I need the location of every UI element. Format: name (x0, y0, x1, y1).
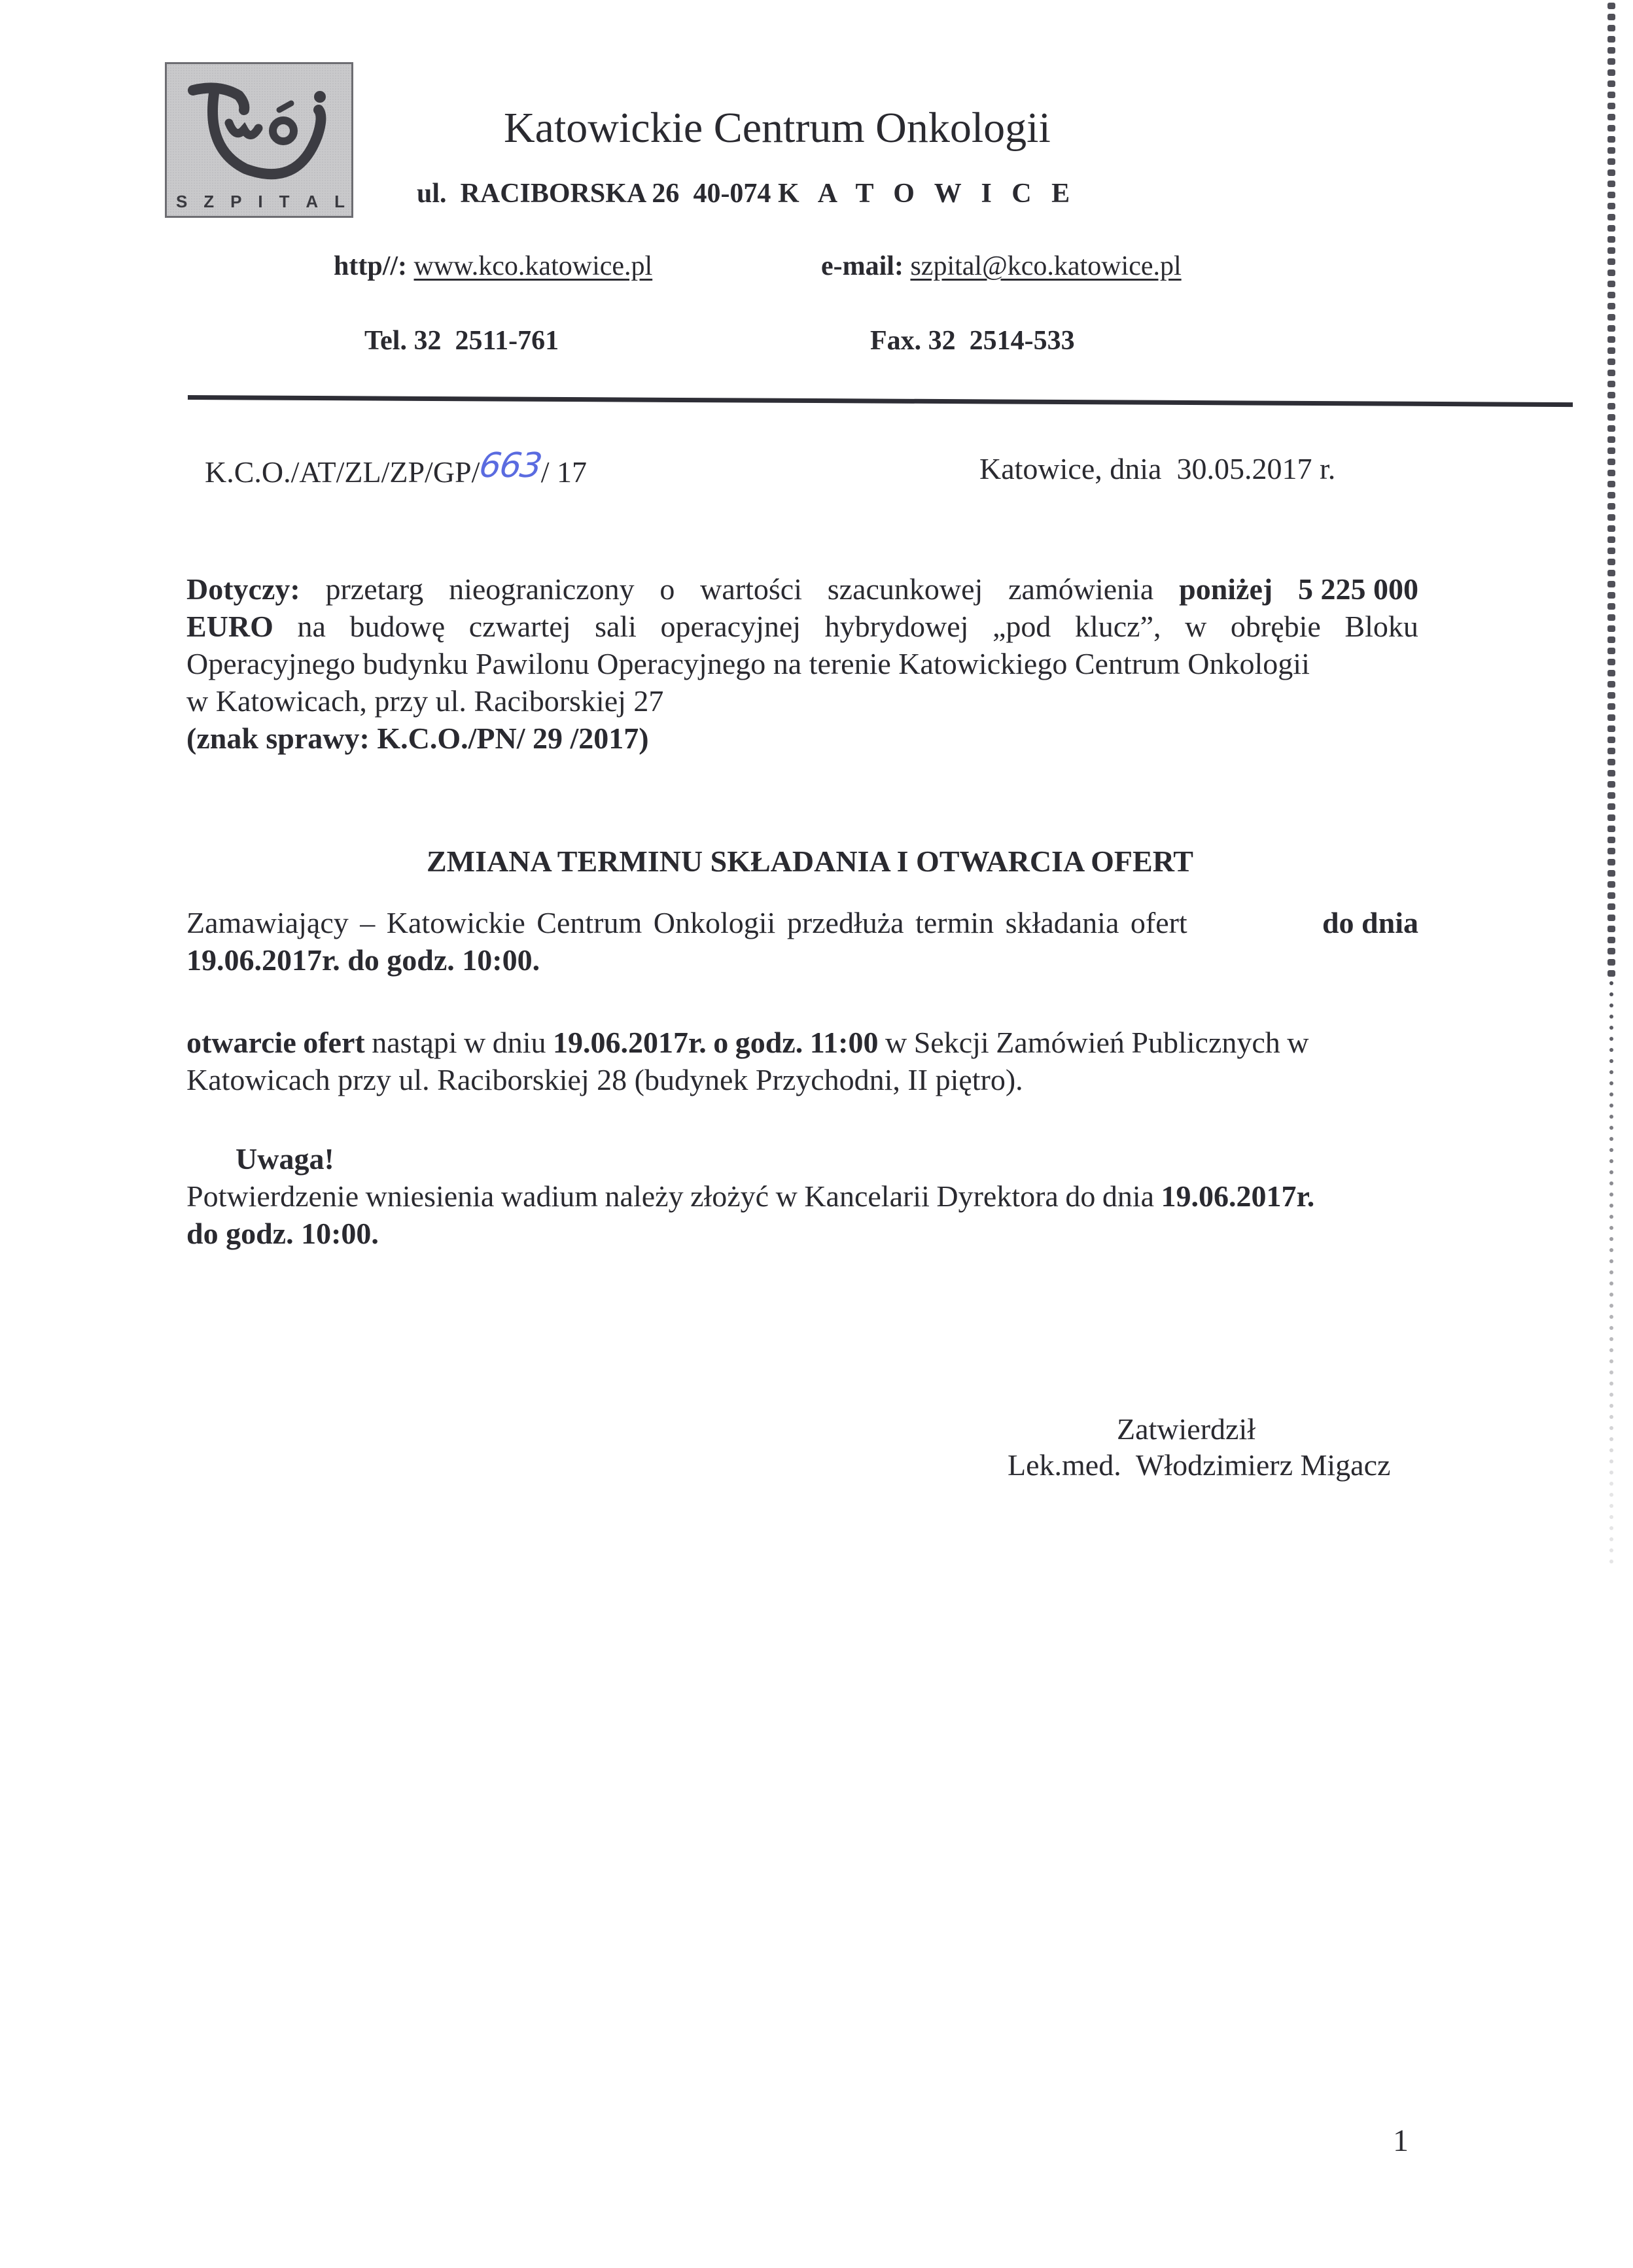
opening-datetime: 19.06.2017r. o godz. 11:00 (553, 1026, 878, 1059)
scanner-edge-artifact (1607, 0, 1616, 1570)
signatory-name: Lek.med. Włodzimierz Migacz (1008, 1448, 1390, 1482)
address-city: K A T O W I C E (778, 179, 1076, 209)
subject-word: sali (595, 608, 637, 645)
institution-name: Katowickie Centrum Onkologii (504, 103, 1051, 153)
subject-word: budowę (349, 608, 445, 645)
email-label: e-mail: (821, 251, 904, 281)
subject-paragraph: Dotyczy:przetargnieograniczonyowartościs… (186, 570, 1418, 757)
opening-label: otwarcie ofert (186, 1026, 365, 1059)
page-number: 1 (1393, 2123, 1409, 2159)
subject-word: czwartej (469, 608, 571, 645)
website-line: http//: www.kco.katowice.pl (334, 251, 652, 282)
subject-word: Bloku (1344, 608, 1418, 645)
reference-number: K.C.O./AT/ZL/ZP/GP/663/ 17 (205, 451, 587, 491)
subject-word: EURO (186, 608, 273, 645)
hospital-logo: S Z P I T A L (165, 62, 353, 218)
subject-word: nieograniczony (449, 570, 635, 608)
notice-text: Potwierdzenie wniesienia wadium należy z… (186, 1179, 1161, 1213)
subject-line-1: Dotyczy:przetargnieograniczonyowartościs… (186, 570, 1418, 608)
extension-deadline: 19.06.2017r. do godz. 10:00. (186, 941, 1418, 979)
subject-word: „pod (992, 608, 1051, 645)
extension-text: Zamawiający – Katowickie Centrum Onkolog… (186, 904, 1187, 941)
notice-title: Uwaga! (236, 1142, 334, 1176)
subject-word: w (1185, 608, 1206, 645)
notice-date: 19.06.2017r. (1161, 1179, 1315, 1213)
subject-word: o (659, 570, 675, 608)
email-line: e-mail: szpital@kco.katowice.pl (821, 251, 1182, 282)
subject-word: poniżej (1179, 570, 1273, 608)
opening-text-2: w Sekcji Zamówień Publicznych w (879, 1026, 1309, 1059)
subject-line-2: EUROnabudowęczwartejsalioperacyjnejhybry… (186, 608, 1418, 645)
extension-paragraph: Zamawiający – Katowickie Centrum Onkolog… (186, 904, 1418, 979)
notice-deadline: do godz. 10:00. (186, 1215, 1418, 1252)
address-postal: 40-074 (693, 179, 771, 209)
subject-label: Dotyczy: (186, 570, 300, 608)
website-link[interactable]: www.kco.katowice.pl (414, 251, 653, 281)
email-link[interactable]: szpital@kco.katowice.pl (910, 251, 1181, 281)
approved-label: Zatwierdził (1117, 1412, 1255, 1446)
subject-word: wartości (700, 570, 802, 608)
subject-word: zamówienia (1008, 570, 1153, 608)
date-line: Katowice, dnia 30.05.2017 r. (979, 451, 1335, 486)
case-number: (znak sprawy: K.C.O./PN/ 29 /2017) (186, 720, 1418, 757)
reference-suffix: / 17 (541, 455, 587, 489)
subject-word: klucz”, (1075, 608, 1161, 645)
opening-text-1: nastąpi w dniu (365, 1026, 553, 1059)
reference-prefix: K.C.O./AT/ZL/ZP/GP/ (205, 455, 480, 489)
subject-word: hybrydowej (825, 608, 969, 645)
logo-wordmark: S Z P I T A L (176, 192, 345, 212)
notice-line-1: Potwierdzenie wniesienia wadium należy z… (186, 1178, 1418, 1215)
subject-word: szacunkowej (828, 570, 983, 608)
website-label: http//: (334, 251, 407, 281)
address-prefix: ul. (417, 179, 447, 209)
fax: Fax. 32 2514-533 (870, 325, 1075, 357)
subject-word: na (297, 608, 325, 645)
subject-line-4: w Katowicach, przy ul. Raciborskiej 27 (186, 682, 1418, 720)
subject-word: operacyjnej (661, 608, 801, 645)
notice-paragraph: Potwierdzenie wniesienia wadium należy z… (186, 1178, 1418, 1252)
extension-line-1: Zamawiający – Katowickie Centrum Onkolog… (186, 904, 1418, 941)
opening-paragraph: otwarcie ofert nastąpi w dniu 19.06.2017… (186, 1024, 1418, 1098)
opening-line-2: Katowicach przy ul. Raciborskiej 28 (bud… (186, 1061, 1418, 1098)
subject-word: obrębie (1231, 608, 1321, 645)
subject-word: 5 225 000 (1298, 570, 1418, 608)
handwritten-number: 663 (477, 446, 544, 485)
extension-bold-date-prefix: do dnia (1322, 904, 1418, 941)
twoj-smiley-logo-icon (167, 64, 351, 195)
notice-heading: ZMIANA TERMINU SKŁADANIA I OTWARCIA OFER… (0, 844, 1633, 879)
address-line: ul. RACIBORSKA 26 40-074 K A T O W I C E (417, 178, 1076, 209)
letterhead-divider (188, 395, 1573, 407)
opening-line-1: otwarcie ofert nastąpi w dniu 19.06.2017… (186, 1024, 1418, 1061)
subject-line-3: Operacyjnego budynku Pawilonu Operacyjne… (186, 645, 1418, 682)
telephone: Tel. 32 2511-761 (364, 325, 559, 357)
subject-word: przetarg (325, 570, 423, 608)
address-street: RACIBORSKA 26 (461, 179, 680, 209)
